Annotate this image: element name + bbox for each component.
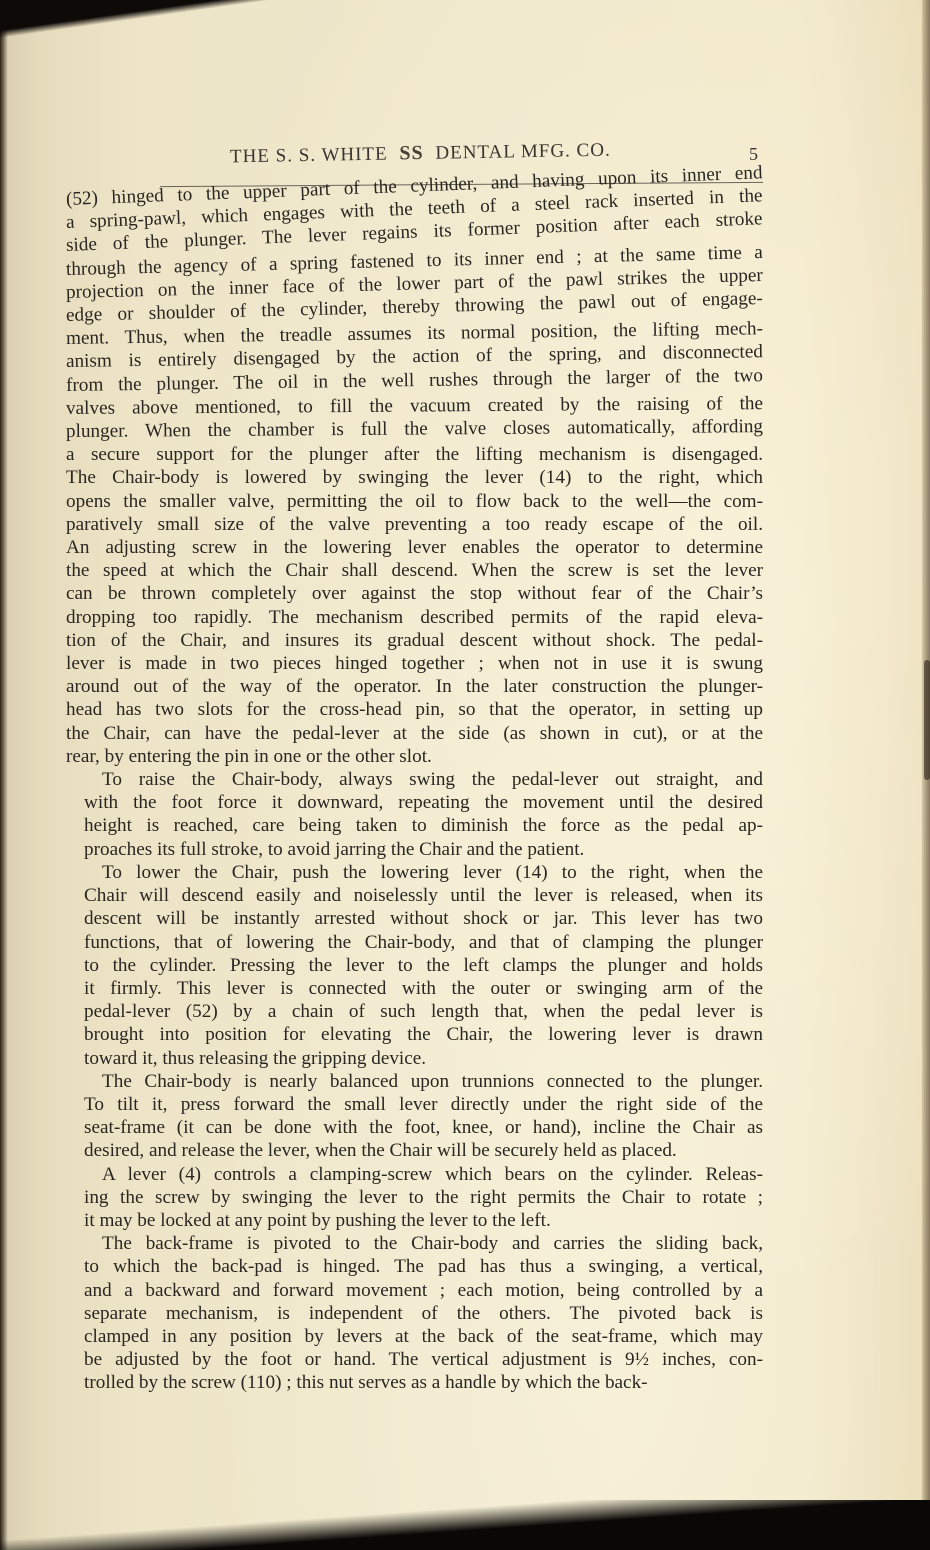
text-line: clamped in any position by levers at the… (66, 1325, 763, 1348)
text-line: desired, and release the lever, when the… (66, 1139, 763, 1162)
text-line: a secure support for the plunger after t… (66, 443, 763, 466)
page-top-shadow (0, 0, 930, 60)
paragraph: To lower the Chair, push the lowering le… (66, 861, 763, 1070)
body-text: (52) hinged to the upper part of the cyl… (66, 188, 763, 1395)
text-line: the Chair, can have the pedal-lever at t… (66, 722, 763, 745)
paragraph: A lever (4) controls a clamping-screw wh… (66, 1163, 763, 1233)
text-line: opens the smaller valve, permitting the … (66, 490, 763, 513)
text-line: A lever (4) controls a clamping-screw wh… (66, 1163, 763, 1186)
text-line: To tilt it, press forward the small leve… (66, 1093, 763, 1116)
text-line: ing the screw by swinging the lever to t… (66, 1186, 763, 1209)
text-line: descent will be instantly arrested witho… (66, 907, 763, 930)
text-line: it may be locked at any point by pushing… (66, 1209, 763, 1232)
text-line: To lower the Chair, push the lowering le… (66, 861, 763, 884)
text-line: head has two slots for the cross-head pi… (66, 698, 763, 721)
edge-stain (924, 660, 930, 780)
paragraph: The back-frame is pivoted to the Chair-b… (66, 1232, 763, 1394)
text-line: pedal-lever (52) by a chain of such leng… (66, 1000, 763, 1023)
text-line: height is reached, care being taken to d… (66, 814, 763, 837)
page-left-shadow (0, 0, 8, 1550)
text-line: tion of the Chair, and insures its gradu… (66, 629, 763, 652)
text-line: and a backward and forward movement ; ea… (66, 1279, 763, 1302)
text-line: dropping too rapidly. The mechanism desc… (66, 606, 763, 629)
text-line: proaches its full stroke, to avoid jarri… (66, 838, 763, 861)
text-line: around out of the way of the operator. I… (66, 675, 763, 698)
text-line: be adjusted by the foot or hand. The ver… (66, 1348, 763, 1371)
paragraph: The Chair-body is nearly balanced upon t… (66, 1070, 763, 1163)
paragraph: (52) hinged to the upper part of the cyl… (66, 188, 763, 768)
text-line: trolled by the screw (110) ; this nut se… (66, 1371, 763, 1394)
text-line: lever is made in two pieces hinged toget… (66, 652, 763, 675)
paragraph: To raise the Chair-body, always swing th… (66, 768, 763, 861)
text-line: it firmly. This lever is connected with … (66, 977, 763, 1000)
text-line: to which the back-pad is hinged. The pad… (66, 1255, 763, 1278)
text-line: brought into position for elevating the … (66, 1023, 763, 1046)
text-line: can be thrown completely over against th… (66, 582, 763, 605)
text-line: rear, by entering the pin in one or the … (66, 745, 763, 768)
header-title: THE S. S. WHITE SS DENTAL MFG. CO. (230, 139, 611, 169)
text-line: The Chair-body is lowered by swinging th… (66, 466, 763, 489)
text-line: separate mechanism, is independent of th… (66, 1302, 763, 1325)
header-title-right: DENTAL MFG. CO. (435, 140, 611, 164)
text-line: The back-frame is pivoted to the Chair-b… (66, 1232, 763, 1255)
text-line: paratively small size of the valve preve… (66, 513, 763, 536)
text-line: to the cylinder. Pressing the lever to t… (66, 954, 763, 977)
book-page: THE S. S. WHITE SS DENTAL MFG. CO. 5 (52… (0, 0, 930, 1550)
text-line: seat-frame (it can be done with the foot… (66, 1116, 763, 1139)
text-line: with the foot force it downward, repeati… (66, 791, 763, 814)
text-line: An adjusting screw in the lowering lever… (66, 536, 763, 559)
text-line: functions, that of lowering the Chair-bo… (66, 931, 763, 954)
ss-monogram-icon: SS (399, 142, 424, 165)
header-title-left: THE S. S. WHITE (230, 144, 388, 168)
text-line: toward it, thus releasing the gripping d… (66, 1047, 763, 1070)
text-line: the speed at which the Chair shall desce… (66, 559, 763, 582)
page-bottom-shadow (0, 1500, 930, 1550)
text-line: The Chair-body is nearly balanced upon t… (66, 1070, 763, 1093)
text-line: To raise the Chair-body, always swing th… (66, 768, 763, 791)
text-line: plunger. When the chamber is full the va… (66, 415, 763, 443)
text-line: Chair will descend easily and noiselessl… (66, 884, 763, 907)
